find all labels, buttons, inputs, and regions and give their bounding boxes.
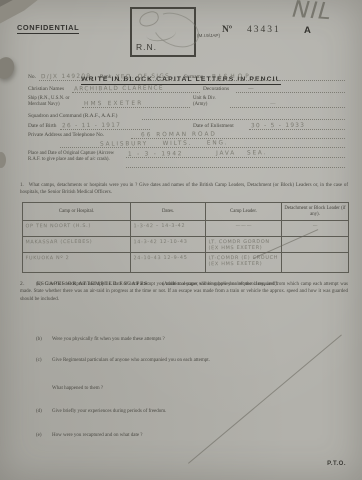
question-2b-text: Were you physically fit when you made th… [52,336,342,343]
field-date-of-enlistment: 30 - 5 - 1933 [249,121,345,130]
camps-table-row: FUKUOKA Nº 2 24-10-43 12-9-45 LT-COMDR (… [23,253,349,273]
cell-detachment [281,252,348,272]
field-address-line2: SALISBURY WILTS. ENG. [60,139,345,148]
question-2d-text: Give briefly your experiences during per… [52,408,342,415]
pencil-strike-section-2 [188,334,342,463]
field-unit-div: — [230,99,345,108]
field-label-address: Private Address and Telephone No. [28,132,104,138]
page-turn-over-note: P.T.O. [327,461,346,467]
cell-detachment [281,236,348,253]
question-1-number: 1. [20,183,24,188]
question-2c-id: (c) [36,357,42,364]
field-label-decorations: Decorations [203,86,229,92]
cell-dates: 24-10-43 12-9-45 [130,252,205,273]
field-decorations: — [236,84,345,93]
camps-table-header-row: Camp or Hospital. Dates. Camp Leader. De… [23,203,349,221]
field-label-christian-names: Christian Names [28,86,64,92]
cell-camp: OP TEN NOORT (H.S.) [22,220,130,237]
serial-number-label: Nº [222,25,232,35]
confidential-marking: CONFIDENTIAL [17,23,79,34]
cell-camp: FUKUOKA Nº 2 [22,252,130,273]
question-2a-id: (a) [36,282,42,287]
field-label-no: No. [28,74,36,80]
field-surname: BISHOP [210,72,345,81]
camps-table-row: OP TEN NOORT (H.S.) 1-3-42 – 14-3-42 ———… [23,221,349,237]
serial-number: 43431 [247,25,281,35]
question-1-text: What camps, detachments or hospitals wer… [20,183,348,195]
cell-dates: 14-3-42 12-10-43 [130,236,205,253]
field-label-capture: Place and Date of Original Capture (Airc… [28,151,124,163]
col-header-detachment-leader: Detachment or Block Leader (if any). [282,203,349,221]
cell-leader: ——— [205,220,281,237]
field-address-line1: 66 ROMAN ROAD [131,130,345,139]
field-capture: 1 - 3 - 1942 JAVA SEA. [126,149,345,158]
field-label-ship: Ship (R.N., U.S.N. or Merchant Navy) [28,96,80,108]
question-2c-followup: What happened to them ? [52,385,342,392]
field-christian-names: ARCHIBALD CLARENCE [72,84,200,93]
series-letter: A [304,25,311,36]
field-no: D/JX 149209 [39,72,96,81]
field-ship: HMS EXETER [82,99,190,108]
question-2d-id: (d) [36,408,42,415]
field-label-date-of-birth: Date of Birth [28,123,56,129]
question-2a-text: Give full description and approx. date o… [20,282,348,302]
col-header-camp-leader: Camp Leader. [206,203,282,221]
question-2e-text: How were you recaptured and on what date… [52,432,342,439]
field-rank: YEO. OF SIGS. [114,72,178,81]
field-squadron [142,111,345,120]
pow-liberation-questionnaire-page: CONFIDENTIAL R.N. (M.I.9/JAP) Nº 43431 A… [0,0,362,480]
question-1: 1. What camps, detachments or hospitals … [20,182,348,197]
question-2e-id: (e) [36,432,42,439]
edge-smudge-artifact [0,152,6,168]
field-label-unit-div: Unit & Div. (Army) [193,96,227,108]
field-label-squadron: Squadron and Command (R.A.F., A.A.F.) [28,113,117,119]
col-header-camp: Camp or Hospital. [23,203,131,221]
cell-dates: 1-3-42 – 14-3-42 [130,220,205,237]
question-2a: (a) Give full description and approx. da… [20,281,348,303]
field-label-rank: Rank [100,74,111,80]
field-label-surname: Surname [184,74,203,80]
cell-detachment: — [281,220,348,236]
cell-leader: LT-COMDR (E) CROUCH (EX HMS EXETER) [205,252,281,273]
question-2b-id: (b) [36,336,42,343]
handwritten-nil-note: NIL [288,0,335,25]
cell-camp: MAKASSAR (CELEBES) [22,236,130,253]
col-header-dates: Dates. [131,203,206,221]
camps-table-row: MAKASSAR (CELEBES) 14-3-42 12-10-43 LT. … [23,237,349,253]
field-capture-line2 [126,159,345,168]
field-label-date-of-enlistment: Date of Enlistment [193,123,234,129]
form-reference: (M.I.9/JAP) [197,33,220,38]
field-date-of-birth: 26 - 11 - 1917 [60,121,150,130]
stamp-service-label: R.N. [136,42,157,52]
question-2c-text: Give Regimental particulars of anyone wh… [52,357,342,364]
